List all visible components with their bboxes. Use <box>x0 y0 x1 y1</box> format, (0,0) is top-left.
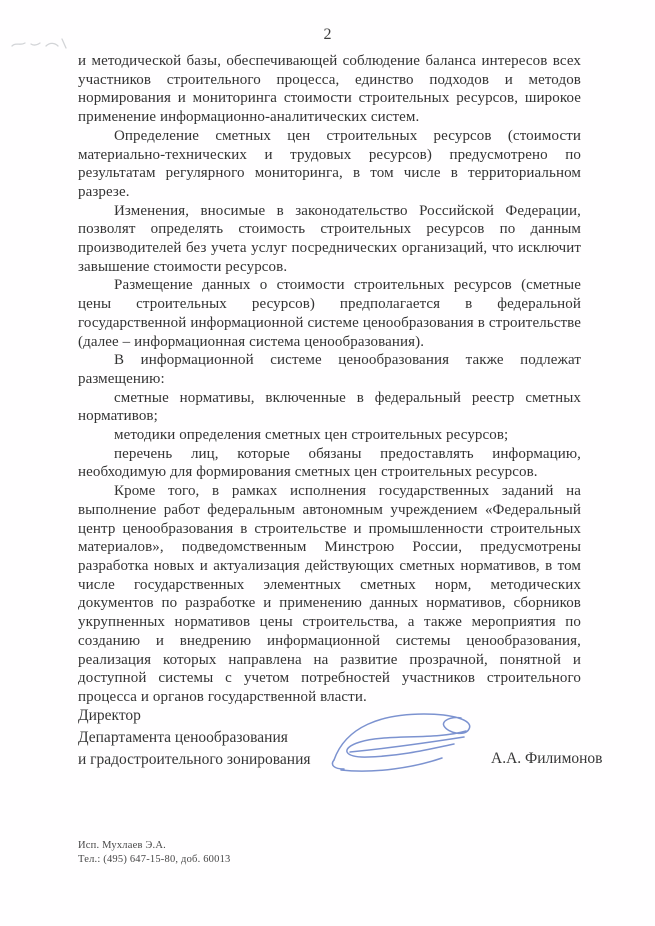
body-paragraph: перечень лиц, которые обязаны предоставл… <box>78 445 581 482</box>
page-number: 2 <box>0 26 655 44</box>
body-paragraph: Изменения, вносимые в законодательство Р… <box>78 202 581 277</box>
body-paragraph: Определение сметных цен строительных рес… <box>78 127 581 202</box>
body-paragraph: методики определения сметных цен строите… <box>78 426 581 445</box>
body-paragraph: Кроме того, в рамках исполнения государс… <box>78 482 581 706</box>
footer: Исп. Мухлаев Э.А. Тел.: (495) 647-15-80,… <box>78 839 230 867</box>
body-paragraph: и методической базы, обеспечивающей собл… <box>78 52 581 127</box>
body-paragraph: сметные нормативы, включенные в федераль… <box>78 389 581 426</box>
body-paragraph: Размещение данных о стоимости строительн… <box>78 276 581 351</box>
signer-title-line: Департамента ценообразования <box>78 727 311 749</box>
signer-title-line: и градостроительного зонирования <box>78 749 311 771</box>
signature-block: Директор Департамента ценообразования и … <box>78 705 311 771</box>
handwritten-signature <box>320 708 490 778</box>
document-page: 2 и методической базы, обеспечивающей со… <box>0 0 655 926</box>
executor-line: Исп. Мухлаев Э.А. <box>78 839 230 853</box>
body-paragraph: В информационной системе ценообразования… <box>78 351 581 388</box>
phone-line: Тел.: (495) 647-15-80, доб. 60013 <box>78 853 230 867</box>
signer-name: А.А. Филимонов <box>491 750 603 768</box>
letter-body: и методической базы, обеспечивающей собл… <box>78 52 581 707</box>
signer-title-line: Директор <box>78 705 311 727</box>
